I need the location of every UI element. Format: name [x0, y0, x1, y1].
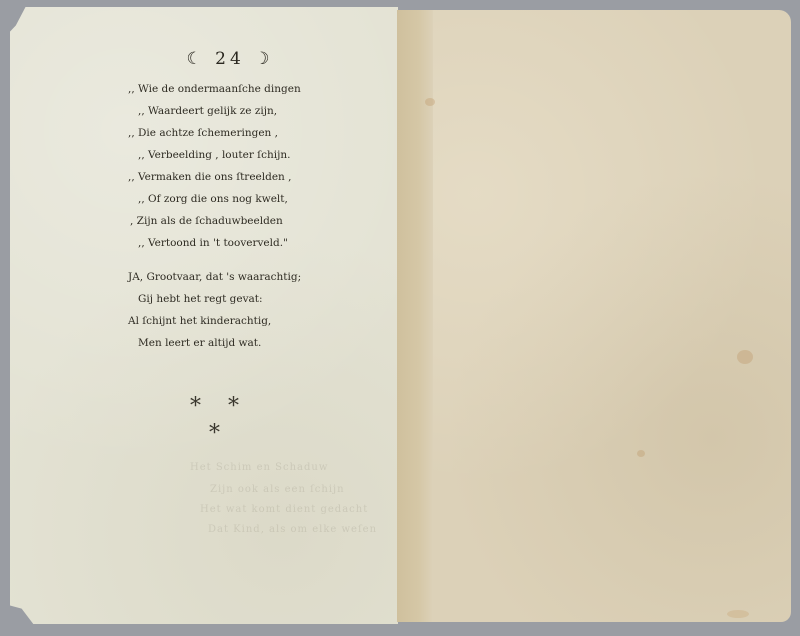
- right-page: [397, 10, 791, 622]
- verse-line: ,, Waardeert gelijk ze zijn,: [138, 105, 277, 117]
- asterism-ornament: *: [228, 396, 239, 418]
- asterism-ornament: *: [209, 423, 220, 445]
- left-page: ☾ 24 ☽ ,, Wie de ondermaanſche dingen ,,…: [10, 7, 398, 624]
- verse-line: ,, Die achtze ſchemeringen ,: [128, 127, 278, 139]
- verse-line: ,, Vertoond in 't tooverveld.": [138, 237, 288, 249]
- crescent-left-icon: ☾: [187, 49, 206, 69]
- page-number-header: ☾ 24 ☽: [180, 49, 280, 69]
- verse-line: ,, Verbeelding , louter ſchijn.: [138, 149, 290, 161]
- bleed-through-text: Zijn ook als een ſchijn: [210, 484, 345, 495]
- verse-line: ,, Of zorg die ons nog kwelt,: [138, 193, 288, 205]
- verse-line: Al ſchijnt het kinderachtig,: [128, 315, 271, 327]
- bleed-through-text: Dat Kind, als om elke weſen: [208, 524, 377, 535]
- page-number: 24: [215, 49, 245, 69]
- foxing-stain: [737, 350, 753, 364]
- verse-line: ,, Wie de ondermaanſche dingen: [128, 83, 301, 95]
- verse-line: , Zijn als de ſchaduwbeelden: [130, 215, 283, 227]
- verse-line: ,, Vermaken die ons ſtreelden ,: [128, 171, 291, 183]
- asterism-ornament: *: [190, 396, 201, 418]
- foxing-stain: [727, 610, 749, 618]
- foxing-stain: [637, 450, 645, 457]
- bleed-through-text: Het wat komt dient gedacht: [200, 504, 368, 515]
- crescent-right-icon: ☽: [254, 49, 273, 69]
- verse-line: JA, Grootvaar, dat 's waarachtig;: [128, 271, 301, 283]
- verse-line: Gij hebt het regt gevat:: [138, 293, 263, 305]
- bleed-through-text: Het Schim en Schaduw: [190, 462, 328, 473]
- foxing-stain: [425, 98, 435, 106]
- verse-line: Men leert er altijd wat.: [138, 337, 261, 349]
